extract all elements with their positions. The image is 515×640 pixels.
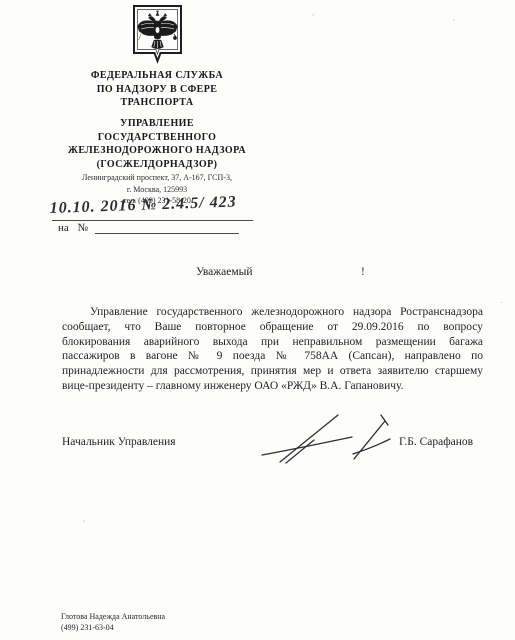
department-line: УПРАВЛЕНИЕ	[37, 117, 277, 131]
body-line: вице-президенту – главному инженеру ОАО …	[62, 379, 483, 394]
department-line: (ГОСЖЕЛДОРНАДЗОР)	[37, 158, 277, 172]
body-line: принадлежности для рассмотрения, приняти…	[62, 364, 483, 379]
body-line: блокирования аварийного выхода при непра…	[62, 335, 483, 350]
body-line: сообщает, что Ваше повторное обращение о…	[62, 320, 483, 335]
scan-speck	[83, 520, 85, 522]
scanned-letter-page: ФЕДЕРАЛЬНАЯ СЛУЖБА ПО НАДЗОРУ В СФЕРЕ ТР…	[0, 0, 515, 640]
address-line: г. Москва, 125993	[37, 184, 277, 196]
outgoing-number-line	[52, 220, 253, 221]
department-line: ЖЕЛЕЗНОДОРОЖНОГО НАДЗОРА	[37, 144, 277, 158]
agency-line: ФЕДЕРАЛЬНАЯ СЛУЖБА	[37, 69, 277, 83]
body-line: пассажиров в вагоне № 9 поезда № 758АА (…	[62, 349, 483, 364]
agency-line: ТРАНСПОРТА	[37, 96, 277, 110]
executor-name: Глотова Надежда Анатольевна	[61, 612, 165, 623]
reply-to-number-line	[95, 233, 239, 234]
executor-phone: (499) 231-63-04	[61, 623, 165, 634]
executor-block: Глотова Надежда Анатольевна (499) 231-63…	[61, 612, 165, 633]
scan-speck	[500, 302, 503, 303]
salutation-text: Уважаемый	[196, 266, 253, 278]
agency-line: ПО НАДЗОРУ В СФЕРЕ	[37, 83, 277, 97]
letter-body: Управление государственного железнодорож…	[62, 305, 483, 394]
scan-speck	[453, 19, 455, 21]
handwritten-signature-icon	[250, 406, 395, 468]
department-line: ГОСУДАРСТВЕННОГО	[37, 131, 277, 145]
body-line: Управление государственного железнодорож…	[62, 305, 483, 320]
agency-name: ФЕДЕРАЛЬНАЯ СЛУЖБА ПО НАДЗОРУ В СФЕРЕ ТР…	[37, 69, 277, 110]
signer-position-title: Начальник Управления	[62, 436, 176, 448]
coat-of-arms-icon	[131, 3, 184, 65]
address-line: Ленинградский проспект, 37, А-167, ГСП-3…	[37, 172, 277, 184]
department-name: УПРАВЛЕНИЕ ГОСУДАРСТВЕННОГО ЖЕЛЕЗНОДОРОЖ…	[37, 117, 277, 171]
salutation-exclamation: !	[361, 266, 365, 278]
scan-speck	[312, 14, 314, 16]
reply-to-number-label: на №	[58, 222, 88, 234]
signer-name: Г.Б. Сарафанов	[399, 436, 473, 448]
